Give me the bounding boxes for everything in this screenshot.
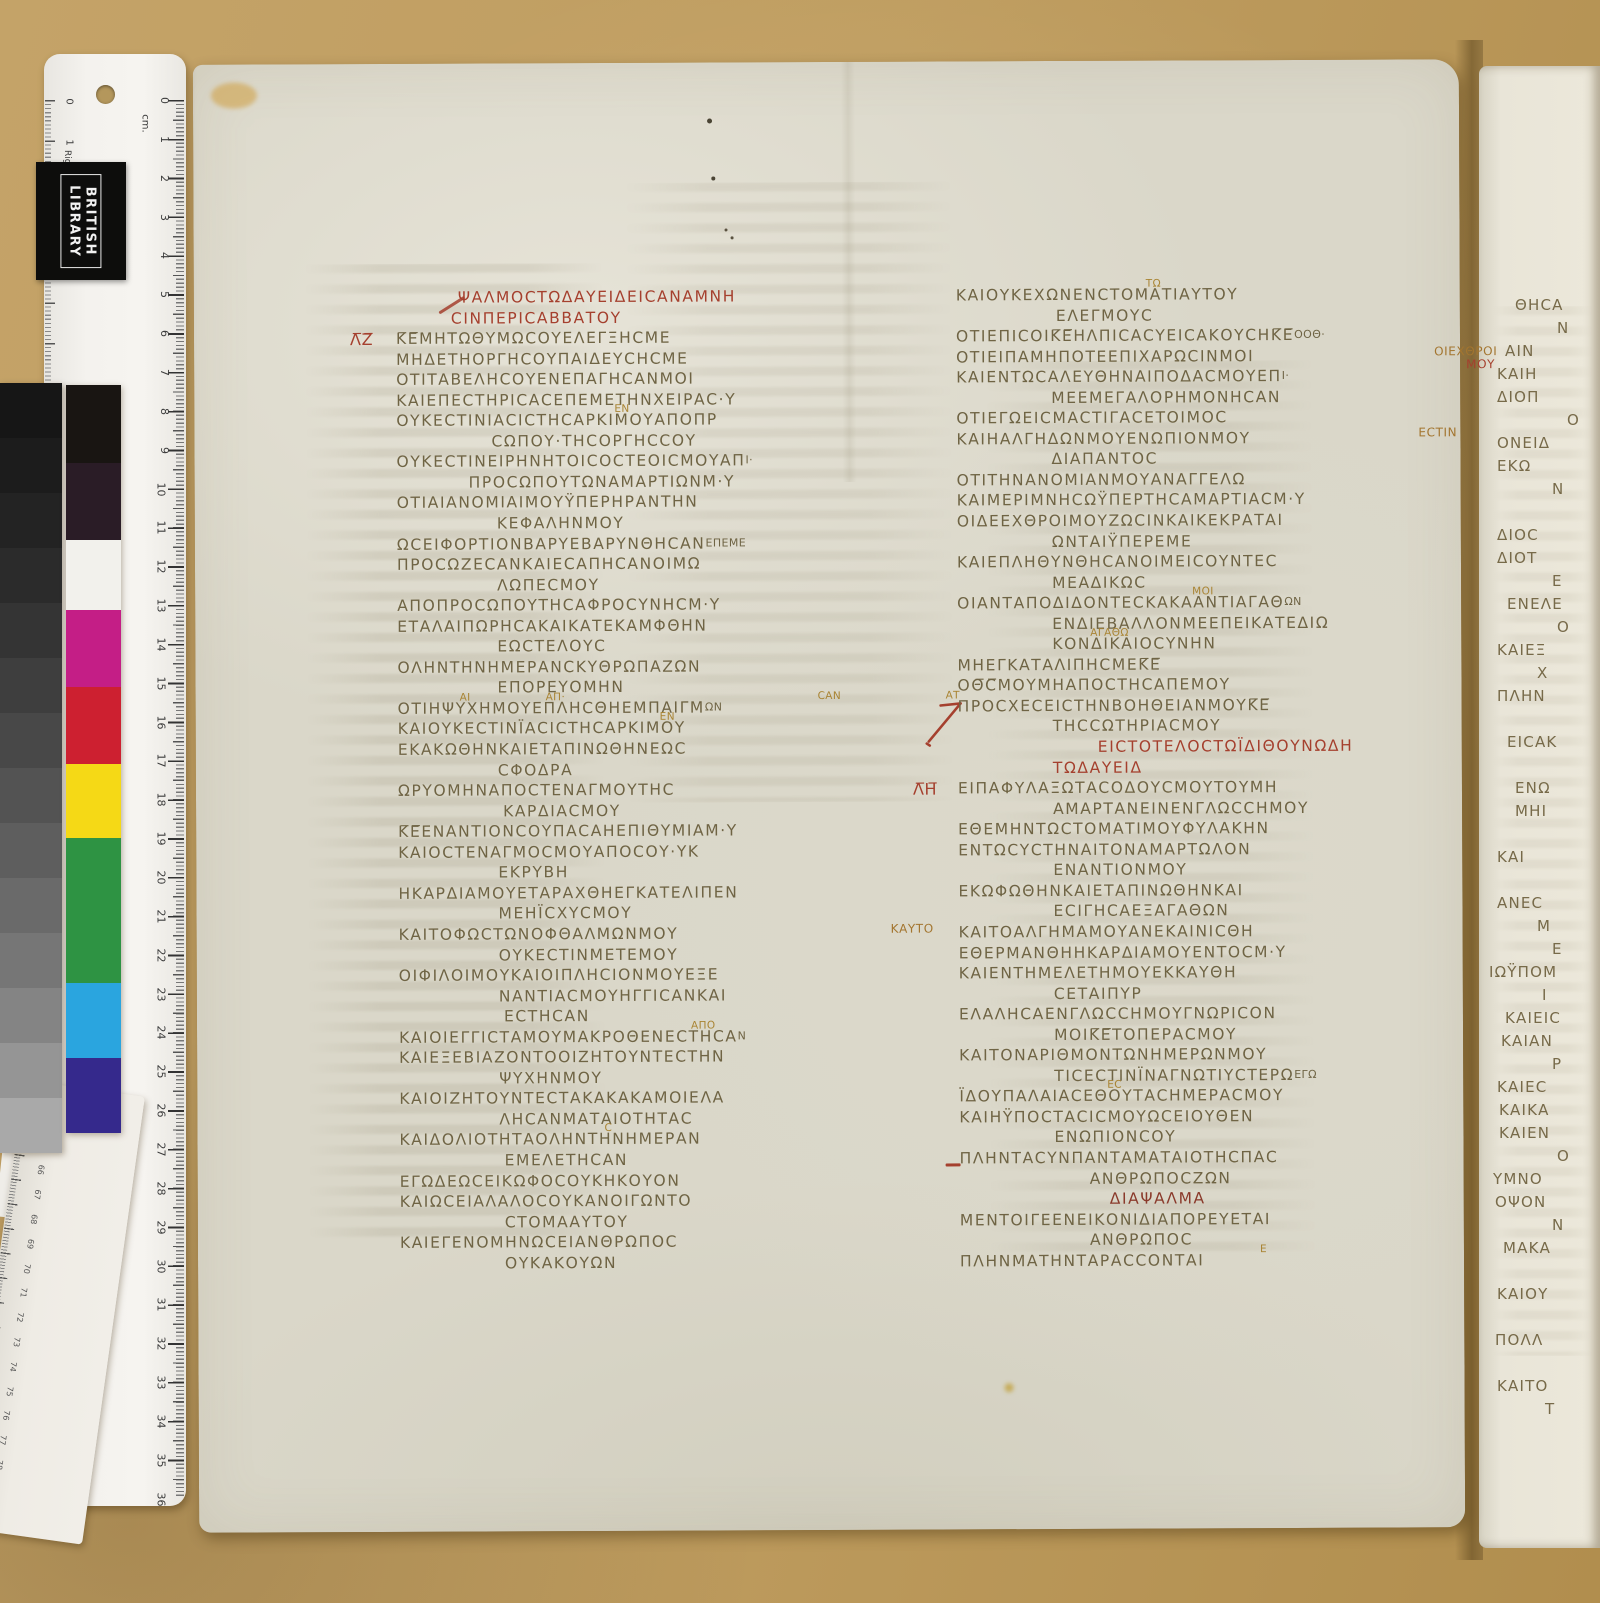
facing-page-fragment: ΚΑΙΕΙϹ	[1505, 1009, 1561, 1027]
text-line: ΚΑΙΟΙΕΓΓΙϹΤΑΜΟΥΜΑΚΡΟΘΕΝΕϹΤΗϹΑΝΑΠΟ	[399, 1027, 756, 1049]
text-line: ΕΚΑΚΩΘΗΝΚΑΙΕΤΑΠΙΝΩΘΗΝΕΩϹ	[398, 739, 755, 761]
line-text: ΤΗϹϹΩΤΗΡΙΑϹΜΟΥ	[958, 717, 1222, 736]
line-tail-text: ΕΠΕΜΕ	[705, 536, 746, 549]
ruler-cm-number: 11	[155, 521, 168, 535]
correction-superscript: ΑΠ·	[546, 691, 566, 703]
text-line: ϹΦΟΔΡΑ	[398, 760, 755, 782]
ruler-cm-number: 22	[155, 948, 168, 962]
grayscale-step	[0, 1098, 62, 1153]
text-line: ΚΑΙΕΠΕϹΤΗΡΙϹΑϹΕΠΕΜΕΤΗΝΧΕΙΡΑϹ·Υ	[396, 390, 753, 412]
marginal-note: Λ̅Ζ̅	[350, 330, 373, 349]
line-tail-text: ΕΓΩ	[1294, 1068, 1317, 1081]
color-patch	[66, 463, 121, 540]
line-text: ΟΤΙΑΙΑΝΟΜΙΑΙΜΟΥΫΠΕΡΗΡΑΝΤΗΝ	[397, 493, 699, 512]
facing-page-fragment: ΚΑΙΑΝ	[1501, 1032, 1553, 1050]
ruler-cm-number: 19	[155, 832, 168, 846]
text-line: ΚΑΙΕΓΕΝΟΜΗΝΩϹΕΙΑΝΘΡΩΠΟϹ	[400, 1232, 757, 1254]
facing-page-fragment: Ν	[1552, 1216, 1564, 1234]
line-text: ΕΚΩΦΩΘΗΝΚΑΙΕΤΑΠΙΝΩΘΗΝΚΑΙ	[958, 881, 1243, 900]
line-text: ΚΑΙΕΠΕϹΤΗΡΙϹΑϹΕΠΕΜΕΤΗΝΧΕΙΡΑϹ·Υ	[396, 390, 736, 409]
text-line: ΠΡΟϹΩΠΟΥΤΩΝΑΜΑΡΤΙΩΝΜ·Υ	[397, 472, 754, 494]
line-text: ΚΑΙΟϹΤΕΝΑΓΜΟϹΜΟΥΑΠΟϹΟΥ·ΥΚ	[398, 842, 699, 861]
text-line: ΚΑΙΕΝΤΩϹΑΛΕΥΘΗΝΑΙΠΟΔΑϹΜΟΥΕΠΙ·	[956, 367, 1352, 389]
line-text: ΟΥΚΑΚΟΥΩΝ	[400, 1254, 617, 1273]
line-text: ΟΤΙΤΑΒΕΛΗϹΟΥΕΝΕΠΑΓΗϹΑΝΜΟΙ	[396, 370, 694, 389]
ruler-cm-number: 36	[155, 1492, 168, 1506]
grayscale-step	[0, 878, 62, 933]
marginal-note: ΚΑΥΤΟ	[891, 921, 934, 935]
text-line: ΟΤΙΕΓΩΕΙϹΜΑϹΤΙΓΑϹΕΤΟΙΜΟϹ	[956, 408, 1352, 430]
line-text: ΟΛΗΝΤΗΝΗΜΕΡΑΝϹΚΥΘΡΩΠΑΖΩΝ	[397, 657, 701, 676]
line-text: ΑΠΟΠΡΟϹΩΠΟΥΤΗϹΑΦΡΟϹΥΝΗϹΜ·Υ	[397, 596, 721, 615]
diagonal-ruler-number: 77	[0, 1435, 8, 1446]
diagonal-ruler-number: 68	[29, 1214, 39, 1225]
line-text: ΚΑΡΔΙΑϹΜΟΥ	[398, 802, 621, 821]
diagonal-ruler-number: 79	[0, 1484, 1, 1495]
ruler-hole	[96, 85, 115, 104]
text-line: ΟΥΚΑΚΟΥΩΝ	[400, 1253, 757, 1275]
ruler-cm-number: 26	[155, 1104, 168, 1118]
facing-page-fragment: ΘΗϹΑ	[1515, 296, 1564, 314]
ruler-cm-number: 17	[155, 754, 168, 768]
grayscale-step	[0, 548, 62, 603]
text-line: ΕΘΕΜΗΝΤΩϹΤΟΜΑΤΙΜΟΥΦΥΛΑΚΗΝ	[958, 819, 1354, 841]
facing-page-fragment: Ο	[1567, 411, 1580, 429]
text-line: ΛΩΠΕϹΜΟΥ	[397, 575, 754, 597]
line-text: ΟΥΚΕϹΤΙΝΙΑϹΙϹΤΗϹΑΡΚΙΜΟΥΑΠΟΠΡ	[396, 411, 717, 430]
marginal-note: Λ̅Η̅	[913, 780, 937, 799]
facing-page-fragment: Ν	[1557, 319, 1569, 337]
diagonal-ruler-number: 75	[4, 1385, 14, 1396]
facing-page-fragment: ΚΑΙΕΝ	[1499, 1124, 1550, 1142]
diagonal-ruler-number: 70	[22, 1263, 32, 1274]
line-text: ΠΛΗΝΤΑϹΥΝΠΑΝΤΑΜΑΤΑΙΟΤΗϹΠΑϹ	[960, 1148, 1279, 1167]
text-line: ΚΑΙΕΞΕΒΙΑΖΟΝΤΟΟΙΖΗΤΟΥΝΤΕϹΤΗΝ	[399, 1048, 756, 1070]
line-text: ϹΕΤΑΙΠΥΡ	[959, 984, 1143, 1003]
line-tail-text: Ι·	[1282, 369, 1290, 382]
line-text: ΚΑΙΤΟΝΑΡΙΘΜΟΝΤΩΝΗΜΕΡΩΝΜΟΥ	[959, 1045, 1267, 1064]
line-text: ΕΙϹΤΟΤΕΛΟϹΤΩΪΔΙΘΟΥΝΩΔΗ	[958, 737, 1354, 757]
text-line: ΜΗΔΕΤΗΟΡΓΗϹΟΥΠΑΙΔΕΥϹΗϹΜΕ	[396, 349, 753, 371]
grayscale-step	[0, 493, 62, 548]
text-line: ΜΗΕΓΚΑΤΑΛΙΠΗϹΜΕΚ̅Ε̅	[957, 655, 1353, 677]
text-line: ΑΝΘΡΩΠΟϹ	[960, 1230, 1356, 1252]
line-tail-text: ΩΝ	[1284, 595, 1301, 608]
ruler-cm-number: 3	[158, 214, 171, 221]
grayscale-step	[0, 1043, 62, 1098]
line-text: ΝΑΝΤΙΑϹΜΟΥΗΓΓΙϹΑΝΚΑΙ	[399, 986, 727, 1005]
ruler-cm-number: 18	[155, 793, 168, 807]
correction-superscript: ΑΙ	[460, 692, 471, 704]
ruler-cm-number: 21	[155, 909, 168, 923]
text-line: ΕΩϹΤΕΛΟΥϹ	[397, 637, 754, 659]
facing-page-fragment: ΠΟΛΛ	[1495, 1331, 1543, 1349]
text-line: ϹΙΝΠΕΡΙϹΑΒΒΑΤΟΥ	[396, 308, 753, 330]
grayscale-step	[0, 713, 62, 768]
line-text: ΩΝΤΑΙΫΠΕΡΕΜΕ	[957, 532, 1193, 551]
correction-superscript: Ϲ	[604, 1122, 612, 1134]
correction-superscript: ΑΓΑΘΩ	[1090, 627, 1129, 639]
diagonal-ruler-number: 69	[25, 1238, 35, 1249]
line-text: ΠΡΟϹΩΠΟΥΤΩΝΑΜΑΡΤΙΩΝΜ·Υ	[397, 472, 736, 491]
diagonal-ruler-number: 67	[32, 1189, 42, 1200]
line-text: ΚΑΙΗΫΠΟϹΤΑϹΙϹΜΟΥΩϹΕΙΟΥΘΕΝ	[959, 1107, 1254, 1126]
line-text: ΕΛΑΛΗϹΑΕΝΓΛΩϹϹΗΜΟΥΓΝΩΡΙϹΟΝ	[959, 1004, 1277, 1023]
line-text: ΩΡΥΟΜΗΝΑΠΟϹΤΕΝΑΓΜΟΥΤΗϹ	[398, 781, 675, 800]
diagonal-ruler-number: 71	[18, 1287, 28, 1298]
marginal-note: ΜΟΥ	[1466, 357, 1495, 371]
facing-page-fragment: ΕΚΩ	[1497, 457, 1531, 475]
line-text: ΚΑΙΟΙΖΗΤΟΥΝΤΕϹΤΑΚΑΚΑΚΑΜΟΙΕΛΑ	[399, 1089, 725, 1108]
text-line: ΟΘ̅Ϲ̅ΜΟΥΜΗΑΠΟϹΤΗϹΑΠΕΜΟΥ	[957, 675, 1353, 697]
text-line: ΕΘΕΡΜΑΝΘΗΗΚΑΡΔΙΑΜΟΥΕΝΤΟϹΜ·Υ	[959, 942, 1355, 964]
line-text: ΕΚΑΚΩΘΗΝΚΑΙΕΤΑΠΙΝΩΘΗΝΕΩϹ	[398, 740, 687, 759]
text-line: ΕΝΔΙΕΒΑΛΛΟΝΜΕΕΠΕΙΚΑΤΕΔΙΩ	[957, 613, 1353, 635]
color-patch	[66, 687, 121, 764]
text-line: ΗΚΑΡΔΙΑΜΟΥΕΤΑΡΑΧΘΗΕΓΚΑΤΕΛΙΠΕΝ	[398, 883, 755, 905]
text-line: ΟΙΦΙΛΟΙΜΟΥΚΑΙΟΙΠΛΗϹΙΟΝΜΟΥΕΞΕ	[399, 965, 756, 987]
text-line: ΛΗϹΑΝΜΑΤΑΙΟΤΗΤΑϹ	[399, 1109, 756, 1131]
text-line: ΚΑΙΤΟΦΩϹΤΩΝΟΦΘΑΛΜΩΝΜΟΥΚΑΥΤΟ	[399, 924, 756, 946]
line-text: ΛΗϹΑΝΜΑΤΑΙΟΤΗΤΑϹ	[399, 1109, 693, 1128]
correction-superscript: Ε	[1260, 1243, 1267, 1255]
text-line: ΚΑΙΕΠΛΗΘΥΝΘΗϹΑΝΟΙΜΕΙϹΟΥΝΤΕϹ	[957, 552, 1353, 574]
line-tail-text: Ν	[738, 1029, 747, 1042]
line-tail-text: ΩΝ	[705, 700, 722, 713]
ruler-cm-number: 15	[155, 676, 168, 690]
correction-superscript: ΜΟΙ	[1192, 586, 1214, 598]
ruler-cm-label: cm.	[139, 114, 150, 132]
parchment-stain	[1005, 1383, 1014, 1392]
line-text: ΕΘΕΜΗΝΤΩϹΤΟΜΑΤΙΜΟΥΦΥΛΑΚΗΝ	[958, 819, 1270, 838]
line-text: ΗΚΑΡΔΙΑΜΟΥΕΤΑΡΑΧΘΗΕΓΚΑΤΕΛΙΠΕΝ	[398, 883, 738, 902]
facing-page-fragment: Μ	[1537, 917, 1551, 935]
text-line: ΤΙϹΕϹΤΙΝΪΝΑΓΝΩΤΙΥϹΤΕΡΩΕΓΩ	[959, 1065, 1355, 1087]
facing-page-fragment: Ε	[1552, 572, 1563, 590]
line-text: ΕΝΑΝΤΙΟΝΜΟΥ	[958, 861, 1187, 880]
british-library-label: BRITISH LIBRARY	[36, 162, 126, 280]
text-line: ΕΠΟΡΕΥΟΜΗΝ	[397, 678, 754, 700]
text-line: ΜΕΝΤΟΙΓΕΕΝΕΙΚΟΝΙΔΙΑΠΟΡΕΥΕΤΑΙ	[960, 1209, 1356, 1231]
facing-page-fragment: ΔΙΟΤ	[1497, 549, 1537, 567]
text-line: ΜΟΙΚ̅Ε̅ΤΟΠΕΡΑϹΜΟΥ	[959, 1024, 1355, 1046]
text-line: ΪΔΟΥΠΑΛΑΙΑϹΕΘΟΥΤΑϹΗΜΕΡΑϹΜΟΥΕϹ	[959, 1086, 1355, 1108]
line-text: ΕΘΕΡΜΑΝΘΗΗΚΑΡΔΙΑΜΟΥΕΝΤΟϹΜ·Υ	[959, 943, 1287, 962]
paragraphos-dash-mark	[946, 1163, 961, 1166]
ruler-cm-number: 28	[155, 1181, 168, 1195]
line-text: ΛΩΠΕϹΜΟΥ	[397, 576, 600, 595]
text-line: ΟΥΚΕϹΤΙΝΕΙΡΗΝΗΤΟΙϹΟϹΤΕΟΙϹΜΟΥΑΠΙ·	[397, 452, 754, 474]
correction-superscript: ΕΝ	[614, 403, 629, 415]
text-line: ΚΑΙΟΥΚΕΧΩΝΕΝϹΤΟΜΑΤΙΑΥΤΟΥΤΩ	[956, 285, 1352, 307]
line-text: ΟΤΙΕΠΙϹΟΙΚ̅Ε̅ΗΛΠΙϹΑϹΥΕΙϹΑΚΟΥϹΗΚ̅Ε̅	[956, 326, 1294, 345]
text-line: ΕΚΩΦΩΘΗΝΚΑΙΕΤΑΠΙΝΩΘΗΝΚΑΙ	[958, 881, 1354, 903]
text-line: ΟΤΙΤΑΒΕΛΗϹΟΥΕΝΕΠΑΓΗϹΑΝΜΟΙ	[396, 370, 753, 392]
ruler-cm-number: 29	[155, 1220, 168, 1234]
ruler-cm-number: 6	[158, 330, 171, 337]
text-line: ΟΤΙΕΠΙϹΟΙΚ̅Ε̅ΗΛΠΙϹΑϹΥΕΙϹΑΚΟΥϹΗΚ̅Ε̅ΟΟΘ·	[956, 326, 1352, 348]
line-text: ΚΑΙΕΝΤΗΜΕΛΕΤΗΜΟΥΕΚΚΑΥΘΗ	[959, 963, 1238, 982]
ruler-cm-number: 24	[155, 1026, 168, 1040]
line-text: ΟΙΔΕΕΧΘΡΟΙΜΟΥΖΩϹΙΝΚΑΙΚΕΚΡΑΤΑΙ	[957, 511, 1284, 530]
label-line-british: BRITISH	[82, 186, 97, 255]
grayscale-step	[0, 933, 62, 988]
line-text: ΕΚΡΥΒΗ	[398, 863, 569, 882]
line-text: ΕΛΕΓΜΟΥϹ	[956, 306, 1154, 325]
ruler-cm-number: 27	[155, 1142, 168, 1156]
text-line: ϹΤΟΜΑΑΥΤΟΥ	[400, 1212, 757, 1234]
line-text: ΚΑΙΩϹΕΙΑΛΑΛΟϹΟΥΚΑΝΟΙΓΩΝΤΟ	[400, 1192, 692, 1211]
text-line: ΜΕΕΜΕΓΑΛΟΡΗΜΟΝΗϹΑΝ	[956, 387, 1352, 409]
ruler-cm-number: 20	[155, 871, 168, 885]
line-text: ΤΙϹΕϹΤΙΝΪΝΑΓΝΩΤΙΥϹΤΕΡΩ	[959, 1066, 1294, 1085]
line-text: ΚΕΦΑΛΗΝΜΟΥ	[397, 514, 625, 533]
ruler-cm-number: 30	[155, 1259, 168, 1273]
text-line: ΤΗϹϹΩΤΗΡΙΑϹΜΟΥ	[958, 716, 1354, 738]
text-line: ΟΙΑΝΤΑΠΟΔΙΔΟΝΤΕϹΚΑΚΑΑΝΤΙΑΓΑΘΩΝΜΟΙ	[957, 593, 1353, 615]
facing-page-fragment: ΟΨΟΝ	[1495, 1193, 1546, 1211]
text-line: ΚΑΙΟΙΖΗΤΟΥΝΤΕϹΤΑΚΑΚΑΚΑΜΟΙΕΛΑ	[399, 1089, 756, 1111]
ink-speck	[711, 176, 715, 180]
text-line: ΕΝΩΠΙΟΝϹΟΥ	[959, 1127, 1355, 1149]
facing-page-fragment: ΙΩΫΠΟΜ	[1489, 963, 1557, 981]
line-text: ΚΑΙΟΥΚΕϹΤΙΝΪΑϹΙϹΤΗϹΑΡΚΙΜΟΥ	[398, 719, 686, 738]
facing-page-fragment: ΚΑΙΗ	[1497, 365, 1538, 383]
ruler-cm-number: 10	[155, 482, 168, 496]
color-calibration-strip	[66, 385, 121, 1133]
line-text: ΚΑΙΟΙΕΓΓΙϹΤΑΜΟΥΜΑΚΡΟΘΕΝΕϹΤΗϹΑ	[399, 1027, 738, 1046]
text-line: ΑΝΘΡΩΠΟϹΖΩΝ	[960, 1168, 1356, 1190]
text-line: ΕΝΑΝΤΙΟΝΜΟΥ	[958, 860, 1354, 882]
line-text: ΕΙΠΑΦΥΛΑΞΩΤΑϹΟΔΟΥϹΜΟΥΤΟΥΜΗ	[958, 778, 1278, 797]
ruler-cm-number: 13	[155, 599, 168, 613]
diagonal-ruler-number: 73	[11, 1336, 21, 1347]
line-text: ΠΡΟϹΧΕϹΕΙϹΤΗΝΒΟΗΘΕΙΑΝΜΟΥΚ̅Ε̅	[958, 696, 1271, 715]
line-text: ΜΟΙΚ̅Ε̅ΤΟΠΕΡΑϹΜΟΥ	[959, 1025, 1237, 1044]
correction-superscript: ΕΝ	[660, 711, 675, 723]
text-line: ΚΑΙΗΑΛΓΗΔΩΝΜΟΥΕΝΩΠΙΟΝΜΟΥΕϹΤΙΝ	[956, 429, 1352, 451]
grayscale-step	[0, 383, 62, 438]
text-line: ΕΛΑΛΗϹΑΕΝΓΛΩϹϹΗΜΟΥΓΝΩΡΙϹΟΝ	[959, 1004, 1355, 1026]
facing-page-fragment: Ο	[1557, 1147, 1570, 1165]
text-line: ΚΟΝΔΙΚΑΙΟϹΥΝΗΝΑΓΑΘΩ	[957, 634, 1353, 656]
text-line: ΟΤΙΤΗΝΑΝΟΜΙΑΝΜΟΥΑΝΑΓΓΕΛΩ	[957, 470, 1353, 492]
text-line: ΕΙΠΑΦΥΛΑΞΩΤΑϹΟΔΟΥϹΜΟΥΤΟΥΜΗΛ̅Η̅	[958, 778, 1354, 800]
text-line: ΚΑΙΜΕΡΙΜΝΗϹΩΫΠΕΡΤΗϹΑΜΑΡΤΙΑϹΜ·Υ	[957, 490, 1353, 512]
facing-page-fragment: ΟΝΕΙΔ	[1497, 434, 1550, 452]
line-text: ΟΤΙΕΙΠΑΜΗΠΟΤΕΕΠΙΧΑΡΩϹΙΝΜΟΙ	[956, 347, 1254, 366]
text-line: ΚΑΙΩϹΕΙΑΛΑΛΟϹΟΥΚΑΝΟΙΓΩΝΤΟ	[400, 1191, 757, 1213]
line-text: ΜΕΗΪϹΧΥϹΜΟΥ	[398, 904, 632, 923]
line-text: Κ̅Ε̅ΕΝΑΝΤΙΟΝϹΟΥΠΑϹΑΗΕΠΙΘΥΜΙΑΜ·Υ	[398, 822, 738, 841]
ruler-inch-number: 1	[64, 139, 75, 145]
grayscale-step	[0, 768, 62, 823]
line-text: ΚΑΙΤΟΑΛΓΗΜΑΜΟΥΑΝΕΚΑΙΝΙϹΘΗ	[959, 922, 1255, 941]
line-text: ΟΥΚΕϹΤΙΝΕΙΡΗΝΗΤΟΙϹΟϹΤΕΟΙϹΜΟΥΑΠ	[397, 452, 746, 472]
line-text: ΜΗΕΓΚΑΤΑΛΙΠΗϹΜΕΚ̅Ε̅	[957, 655, 1161, 674]
ruler-cm-number: 8	[158, 408, 171, 415]
facing-page-fragment: ΔΙΟϹ	[1497, 526, 1539, 544]
text-line: ΨΑΛΜΟϹΤΩΔΑΥΕΙΔΕΙϹΑΝΑΜΝΗ	[396, 287, 753, 309]
text-line: ΔΙΑΨΑΛΜΑ	[960, 1189, 1356, 1211]
text-line: ΟΥΚΕϹΤΙΝΜΕΤΕΜΟΥ	[399, 945, 756, 967]
grayscale-step	[0, 438, 62, 493]
line-text: ϹΙΝΠΕΡΙϹΑΒΒΑΤΟΥ	[396, 308, 622, 327]
facing-page-fragment: Ε	[1552, 940, 1563, 958]
text-line: ϹΩΠΟΥ·ΤΗϹΟΡΓΗϹϹΟΥ	[396, 431, 753, 453]
facing-page-fragment: ΥΜΝΟ	[1493, 1170, 1543, 1188]
text-column-1: ΨΑΛΜΟϹΤΩΔΑΥΕΙΔΕΙϹΑΝΑΜΝΗϹΙΝΠΕΡΙϹΑΒΒΑΤΟΥΚ̅…	[396, 287, 757, 1275]
text-line: ΚΑΙΤΟΑΛΓΗΜΑΜΟΥΑΝΕΚΑΙΝΙϹΘΗ	[959, 922, 1355, 944]
text-line: ΕΝΤΩϹΥϹΤΗΝΑΙΤΟΝΑΜΑΡΤΩΛΟΝ	[958, 839, 1354, 861]
ruler-cm-number: 12	[155, 560, 168, 574]
facing-page-fragment: ΕΝΩ	[1515, 779, 1551, 797]
text-line: ΕΤΑΛΑΙΠΩΡΗϹΑΚΑΙΚΑΤΕΚΑΜΦΘΗΝ	[397, 616, 754, 638]
text-line: Κ̅Ε̅ΜΗΤΩΘΥΜΩϹΟΥΕΛΕΓΞΗϹΜΕΛ̅Ζ̅	[396, 328, 753, 350]
text-line: ΕΚΡΥΒΗ	[398, 863, 755, 885]
text-line: ΕΓΩΔΕΩϹΕΙΚΩΦΟϹΟΥΚΗΚΟΥΟΝ	[400, 1171, 757, 1193]
text-line: ΚΑΙΕΝΤΗΜΕΛΕΤΗΜΟΥΕΚΚΑΥΘΗ	[959, 963, 1355, 985]
text-line: ΚΑΙΟϹΤΕΝΑΓΜΟϹΜΟΥΑΠΟϹΟΥ·ΥΚ	[398, 842, 755, 864]
line-text: ΚΑΙΗΑΛΓΗΔΩΝΜΟΥΕΝΩΠΙΟΝΜΟΥ	[956, 429, 1250, 448]
line-text: ΑΜΑΡΤΑΝΕΙΝΕΝΓΛΩϹϹΗΜΟΥ	[958, 799, 1309, 819]
text-line: ΟΤΙΑΙΑΝΟΜΙΑΙΜΟΥΫΠΕΡΗΡΑΝΤΗΝ	[397, 493, 754, 515]
text-line: ΚΑΙΟΥΚΕϹΤΙΝΪΑϹΙϹΤΗϹΑΡΚΙΜΟΥΕΝ	[398, 719, 755, 741]
grayscale-step	[0, 658, 62, 713]
text-line: ΟΥΚΕϹΤΙΝΙΑϹΙϹΤΗϹΑΡΚΙΜΟΥΑΠΟΠΡΕΝ	[396, 411, 753, 433]
text-line: ΚΑΙΗΫΠΟϹΤΑϹΙϹΜΟΥΩϹΕΙΟΥΘΕΝ	[959, 1107, 1355, 1129]
facing-page-fragment: ΚΑΙΟΥ	[1497, 1285, 1549, 1303]
text-line: ΕΜΕΛΕΤΗϹΑΝ	[400, 1150, 757, 1172]
facing-page-fragment: ΔΙΟΠ	[1497, 388, 1540, 406]
grayscale-step	[0, 823, 62, 878]
grayscale-wedge	[0, 383, 62, 1153]
line-tail-text: ΟΟΘ·	[1294, 328, 1325, 341]
ink-speck	[707, 119, 712, 124]
line-text: ΟΘ̅Ϲ̅ΜΟΥΜΗΑΠΟϹΤΗϹΑΠΕΜΟΥ	[957, 676, 1230, 695]
color-patch	[66, 838, 121, 983]
line-text: ΟΥΚΕϹΤΙΝΜΕΤΕΜΟΥ	[399, 945, 679, 964]
facing-page-fragment: Χ	[1537, 664, 1548, 682]
label-line-library: LIBRARY	[66, 185, 81, 257]
text-line: ΚΑΙΔΟΛΙΟΤΗΤΑΟΛΗΝΤΗΝΗΜΕΡΑΝϹ	[399, 1130, 756, 1152]
facing-page-fragment: ΚΑΙΤΟ	[1497, 1377, 1549, 1395]
text-column-2: ΚΑΙΟΥΚΕΧΩΝΕΝϹΤΟΜΑΤΙΑΥΤΟΥΤΩΕΛΕΓΜΟΥϹΟΤΙΕΠΙ…	[956, 285, 1356, 1273]
text-line: ΟΤΙΗΨΥΧΗΜΟΥΕΠΛΗϹΘΗΕΜΠΑΙΓΜΩΝΑΙΑΠ·ϹΑΝΑΤ	[398, 698, 755, 720]
line-text: ϹΦΟΔΡΑ	[398, 761, 573, 780]
text-line: ΠΛΗΝΜΑΤΗΝΤΑΡΑϹϹΟΝΤΑΙΕ	[960, 1250, 1356, 1272]
line-text: ΜΕΕΜΕΓΑΛΟΡΗΜΟΝΗϹΑΝ	[956, 388, 1281, 407]
ruler-cm-number: 2	[158, 175, 171, 182]
ruler-cm-number: 7	[158, 369, 171, 376]
facing-page-fragment: Τ	[1545, 1400, 1555, 1418]
color-patch	[66, 385, 121, 463]
ruler-cm-ticks	[168, 100, 184, 1498]
ruler-cm-number: 1	[158, 136, 171, 143]
ruler-cm-number: 4	[158, 252, 171, 259]
ruler-cm-number: 33	[155, 1376, 168, 1390]
text-line: ΩϹΕΙΦΟΡΤΙΟΝΒΑΡΥΕΒΑΡΥΝΘΗϹΑΝΕΠΕΜΕ	[397, 534, 754, 556]
ink-speck	[731, 236, 734, 239]
diagonal-ruler-number: 74	[8, 1361, 18, 1372]
ruler-cm-number: 16	[155, 715, 168, 729]
text-line: Κ̅Ε̅ΕΝΑΝΤΙΟΝϹΟΥΠΑϹΑΗΕΠΙΘΥΜΙΑΜ·Υ	[398, 822, 755, 844]
diagonal-ruler-number: 66	[36, 1164, 46, 1175]
marginal-note: ΕϹΤΙΝ	[1418, 425, 1457, 439]
grayscale-step	[0, 988, 62, 1043]
line-text: ΜΕΝΤΟΙΓΕΕΝΕΙΚΟΝΙΔΙΑΠΟΡΕΥΕΤΑΙ	[960, 1210, 1271, 1229]
text-line: ΚΑΙΤΟΝΑΡΙΘΜΟΝΤΩΝΗΜΕΡΩΝΜΟΥ	[959, 1045, 1355, 1067]
facing-page-fragment: Ν	[1552, 480, 1564, 498]
diagonal-ruler-number: 76	[1, 1410, 11, 1421]
line-text: ΕϹΙΓΗϹΑΕΞΑΓΑΘΩΝ	[958, 902, 1229, 921]
line-text: ΚΑΙΜΕΡΙΜΝΗϹΩΫΠΕΡΤΗϹΑΜΑΡΤΙΑϹΜ·Υ	[957, 490, 1306, 510]
text-line: ΩΝΤΑΙΫΠΕΡΕΜΕ	[957, 531, 1353, 553]
line-text: ΟΤΙΕΓΩΕΙϹΜΑϹΤΙΓΑϹΕΤΟΙΜΟϹ	[956, 409, 1228, 428]
text-line: ΟΤΙΕΙΠΑΜΗΠΟΤΕΕΠΙΧΑΡΩϹΙΝΜΟΙΟΙΕΧΘΡΟΙΜΟΥ	[956, 346, 1352, 368]
text-line: ΠΡΟϹΧΕϹΕΙϹΤΗΝΒΟΗΘΕΙΑΝΜΟΥΚ̅Ε̅	[958, 696, 1354, 718]
color-patch	[66, 764, 121, 838]
correction-superscript: ΑΠΟ	[691, 1019, 716, 1031]
line-text: ΚΑΙΤΟΦΩϹΤΩΝΟΦΘΑΛΜΩΝΜΟΥ	[399, 925, 679, 944]
color-patch	[66, 610, 121, 687]
line-text: ΚΟΝΔΙΚΑΙΟϹΥΝΗΝ	[957, 635, 1216, 654]
ruler-cm-number: 25	[155, 1065, 168, 1079]
line-text: ΤΩΔΑΥΕΙΔ	[958, 758, 1143, 777]
line-text: ΟΙΑΝΤΑΠΟΔΙΔΟΝΤΕϹΚΑΚΑΑΝΤΙΑΓΑΘ	[957, 593, 1284, 612]
line-text: ΠΡΟϹΩΖΕϹΑΝΚΑΙΕϹΑΠΗϹΑΝΟΙΜΩ	[397, 555, 701, 574]
text-line: ΑΜΑΡΤΑΝΕΙΝΕΝΓΛΩϹϹΗΜΟΥ	[958, 798, 1354, 820]
line-text: ΚΑΙΟΥΚΕΧΩΝΕΝϹΤΟΜΑΤΙΑΥΤΟΥ	[956, 285, 1239, 304]
facing-page-fragment: ΕΝΕΛΕ	[1507, 595, 1563, 613]
text-line: ΜΕΗΪϹΧΥϹΜΟΥ	[398, 904, 755, 926]
line-text: ΕΜΕΛΕΤΗϹΑΝ	[400, 1151, 629, 1170]
text-line: ΚΑΡΔΙΑϹΜΟΥ	[398, 801, 755, 823]
line-text: ΕΩϹΤΕΛΟΥϹ	[397, 637, 606, 656]
facing-page-fragment: Ο	[1557, 618, 1570, 636]
text-line: ΕΛΕΓΜΟΥϹ	[956, 305, 1352, 327]
line-text: ΕΝΔΙΕΒΑΛΛΟΝΜΕΕΠΕΙΚΑΤΕΔΙΩ	[957, 614, 1329, 634]
text-line: ΕϹΙΓΗϹΑΕΞΑΓΑΘΩΝ	[958, 901, 1354, 923]
line-text: ΕΝΤΩϹΥϹΤΗΝΑΙΤΟΝΑΜΑΡΤΩΛΟΝ	[958, 840, 1251, 859]
line-text: ΟΤΙΤΗΝΑΝΟΜΙΑΝΜΟΥΑΝΑΓΓΕΛΩ	[957, 470, 1246, 489]
facing-page-fragment: ΑΝΕϹ	[1497, 894, 1543, 912]
ruler-cm-number: 0	[158, 97, 171, 104]
line-text: ΕΓΩΔΕΩϹΕΙΚΩΦΟϹΟΥΚΗΚΟΥΟΝ	[400, 1171, 681, 1190]
color-patch	[66, 983, 121, 1058]
line-text: ΜΗΔΕΤΗΟΡΓΗϹΟΥΠΑΙΔΕΥϹΗϹΜΕ	[396, 349, 689, 368]
facing-page-fragment: ΚΑΙ	[1497, 848, 1525, 866]
line-text: ΑΝΘΡΩΠΟϹΖΩΝ	[960, 1169, 1232, 1188]
line-text: ϹΤΟΜΑΑΥΤΟΥ	[400, 1212, 629, 1231]
diagonal-ruler-number: 72	[15, 1312, 25, 1323]
ruler-cm-number: 23	[155, 987, 168, 1001]
grayscale-step	[0, 603, 62, 658]
text-line: ΚΕΦΑΛΗΝΜΟΥ	[397, 513, 754, 535]
line-text: ΕΝΩΠΙΟΝϹΟΥ	[959, 1128, 1176, 1147]
text-line: ΝΑΝΤΙΑϹΜΟΥΗΓΓΙϹΑΝΚΑΙ	[399, 986, 756, 1008]
text-line: ΟΙΔΕΕΧΘΡΟΙΜΟΥΖΩϹΙΝΚΑΙΚΕΚΡΑΤΑΙ	[957, 511, 1353, 533]
text-line: ΑΠΟΠΡΟϹΩΠΟΥΤΗϹΑΦΡΟϹΥΝΗϹΜ·Υ	[397, 596, 754, 618]
facing-page-fragment: Ρ	[1552, 1055, 1562, 1073]
line-text: ΨΥΧΗΝΜΟΥ	[399, 1069, 602, 1088]
line-text: ΚΑΙΔΟΛΙΟΤΗΤΑΟΛΗΝΤΗΝΗΜΕΡΑΝ	[399, 1130, 701, 1149]
diagonal-ruler-number: 78	[0, 1459, 4, 1470]
ruler-cm-number: 32	[155, 1337, 168, 1351]
text-line: ΠΡΟϹΩΖΕϹΑΝΚΑΙΕϹΑΠΗϹΑΝΟΙΜΩ	[397, 554, 754, 576]
facing-page-edge: ΘΗϹΑΝΑΙΝΚΑΙΗΔΙΟΠΟΟΝΕΙΔΕΚΩΝΔΙΟϹΔΙΟΤΕΕΝΕΛΕ…	[1479, 66, 1600, 1548]
text-line: ΩΡΥΟΜΗΝΑΠΟϹΤΕΝΑΓΜΟΥΤΗϹ	[398, 780, 755, 802]
